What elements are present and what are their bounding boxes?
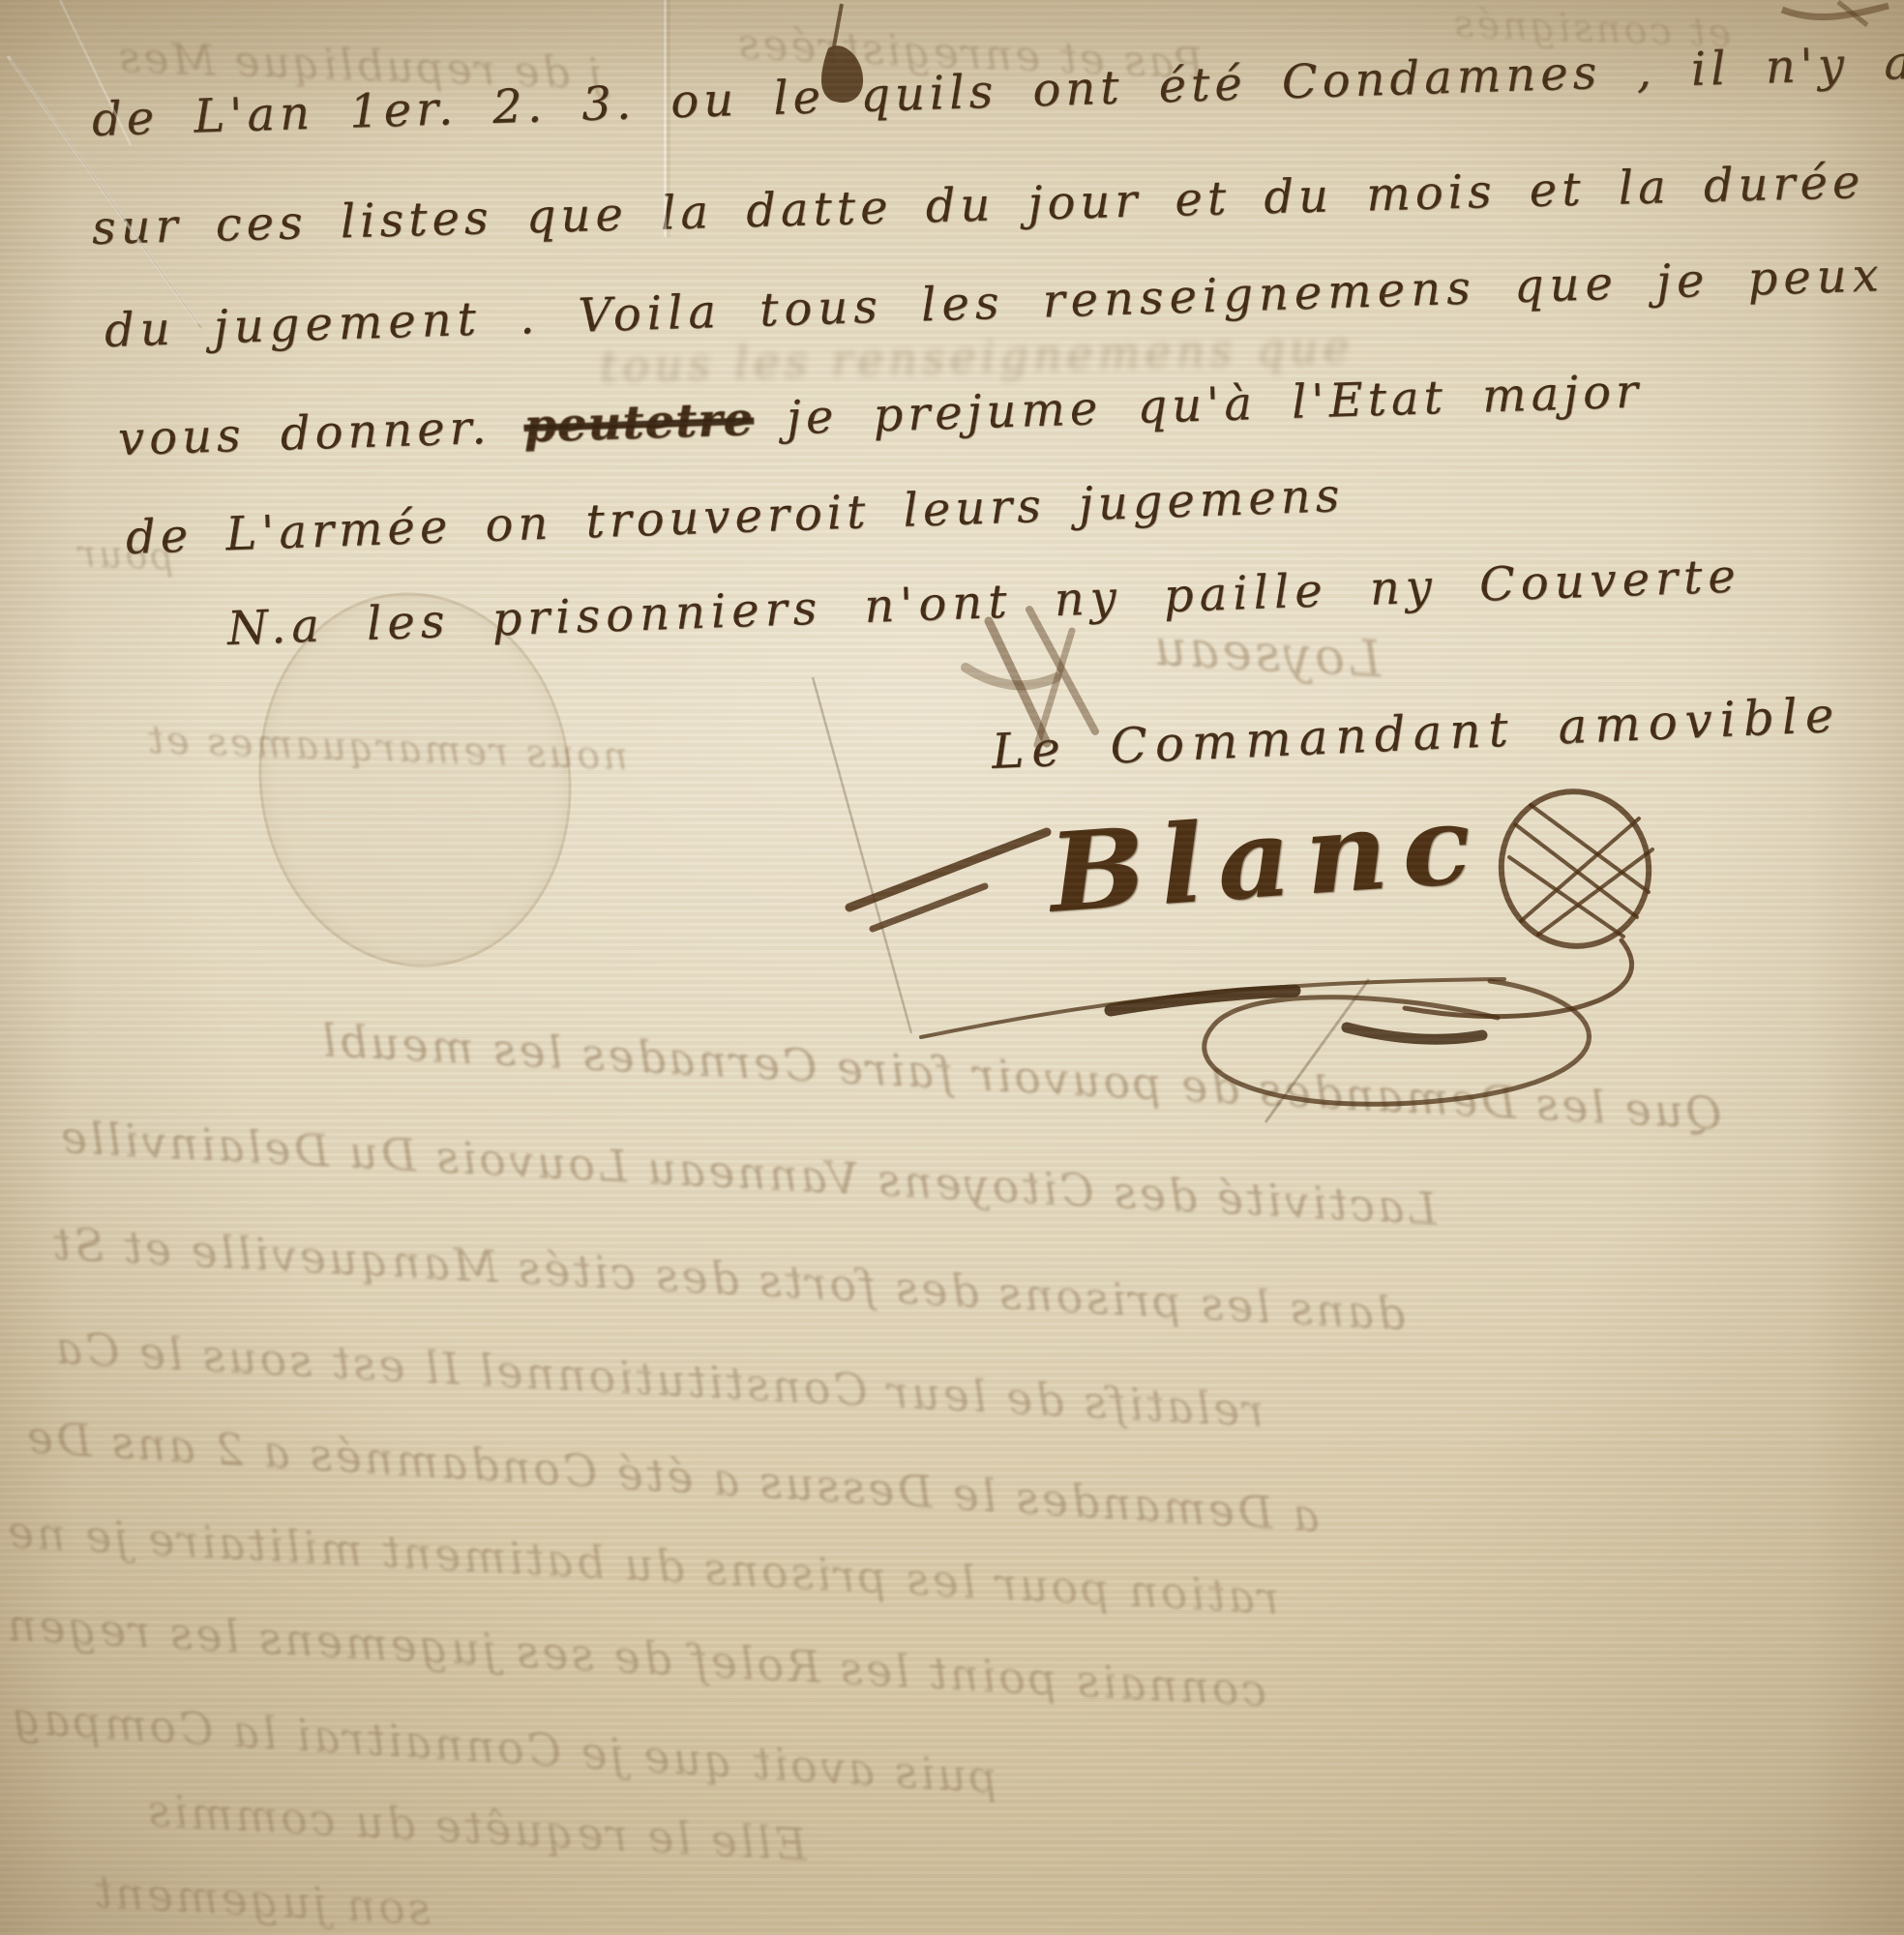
bleedthrough-text: Loyseau xyxy=(1149,619,1383,689)
manuscript-photo: { "document_type": "handwritten letter, … xyxy=(0,0,1904,1935)
crossed-out-word: peutetre xyxy=(523,392,755,453)
word-gap xyxy=(755,433,788,434)
word-gap xyxy=(491,442,524,443)
bleedthrough-line: Loyseau xyxy=(1149,619,1383,689)
